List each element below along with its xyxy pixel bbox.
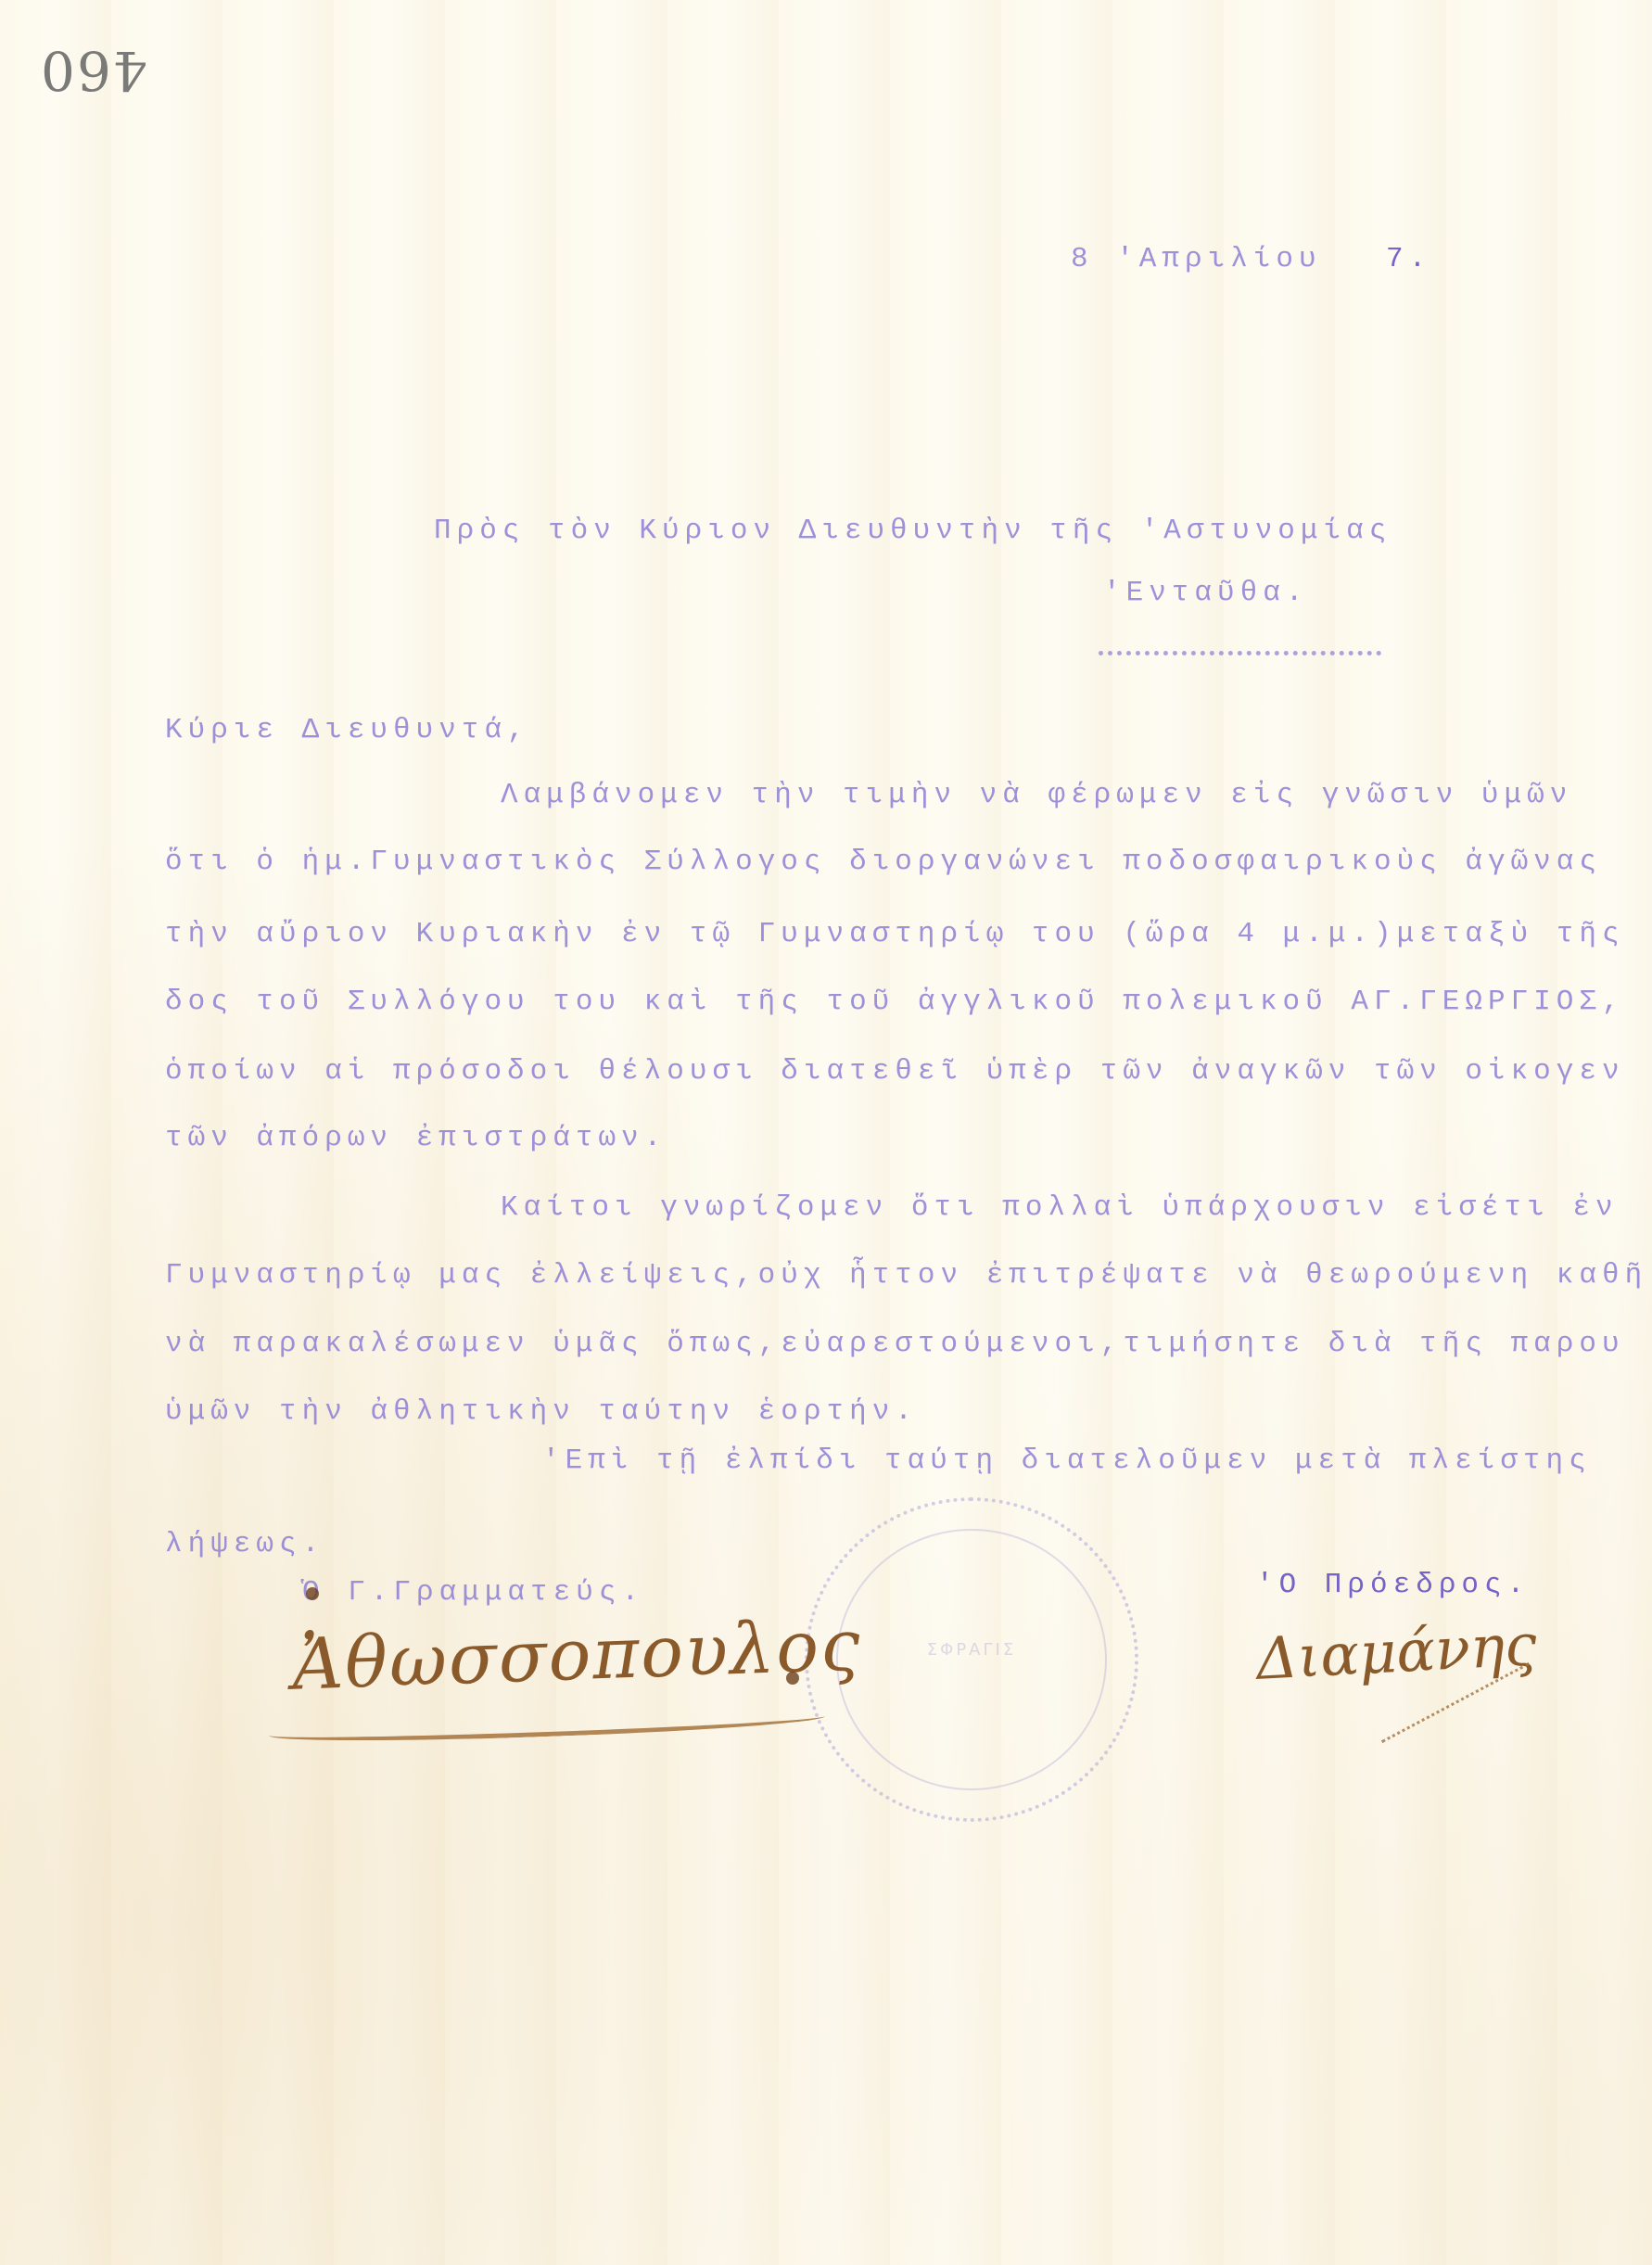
letter-page: 460 8 'Απριλίου 7. Πρὸς τὸν Κύριον Διευθ… [0, 0, 1652, 2265]
body-line: 'Επὶ τῇ ἐλπίδι ταύτῃ διατελοῦμεν μετὰ πλ… [542, 1444, 1592, 1477]
ink-blot [786, 1672, 799, 1685]
secretary-title: Ὁ Γ.Γραμματεύς. [302, 1576, 644, 1609]
addressee-locale: 'Ενταῦθα. [1103, 577, 1308, 609]
body-line: ὁποίων αἱ πρόσοδοι θέλουσι διατεθεῖ ὑπὲρ… [165, 1055, 1625, 1088]
date-year: 7. [1386, 243, 1431, 275]
body-line: ὅτι ὁ ἡμ.Γυμναστικὸς Σύλλογος διοργανώνε… [165, 846, 1602, 878]
separator-rule [1099, 651, 1381, 655]
seal-inner-ring [836, 1529, 1107, 1790]
secretary-signature: Ἀθωσσοπουλος [291, 1603, 863, 1705]
addressee-line: Πρὸς τὸν Κύριον Διευθυντὴν τῆς 'Αστυνομί… [434, 515, 1391, 547]
body-line: ὑμῶν τὴν ἀθλητικὴν ταύτην ἑορτήν. [165, 1395, 918, 1428]
body-line: τῶν ἀπόρων ἐπιστράτων. [165, 1122, 667, 1154]
archive-number: 460 [39, 39, 147, 102]
secretary-signature-underline [269, 1706, 825, 1747]
body-line: τὴν αὔριον Κυριακὴν ἐν τῷ Γυμναστηρίῳ το… [165, 918, 1625, 950]
body-line: νὰ παρακαλέσωμεν ὑμᾶς ὅπως,εὐαρεστούμενο… [165, 1328, 1625, 1360]
body-line: Καίτοι γνωρίζομεν ὅτι πολλαὶ ὑπάρχουσιν … [501, 1191, 1619, 1224]
body-line: λήψεως. [165, 1528, 324, 1560]
salutation: Κύριε Διευθυντά, [165, 714, 530, 746]
ink-blot [306, 1587, 319, 1600]
date-day-month: 8 'Απριλίου [1071, 243, 1322, 275]
body-line: Γυμναστηρίῳ μας ἐλλείψεις,οὐχ ἧττον ἐπιτ… [165, 1259, 1647, 1292]
body-line: Λαμβάνομεν τὴν τιμὴν νὰ φέρωμεν εἰς γνῶσ… [501, 779, 1572, 811]
body-line: δος τοῦ Συλλόγου του καὶ τῆς τοῦ ἀγγλικο… [165, 986, 1625, 1018]
president-title: 'Ο Πρόεδρος. [1256, 1569, 1530, 1601]
